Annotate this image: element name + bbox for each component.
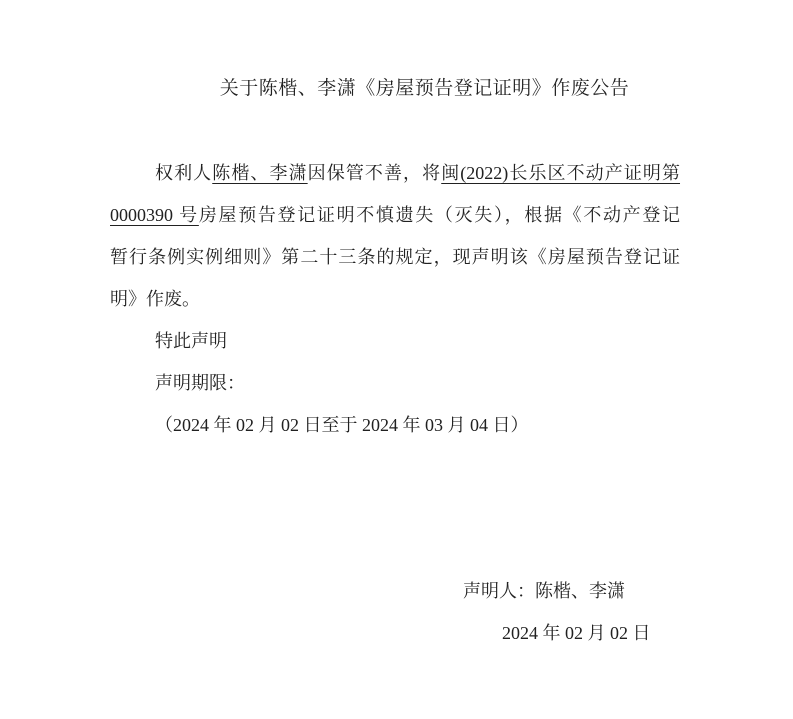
text-run: 明》作废。 bbox=[110, 289, 200, 309]
text-run: 房屋预告登记证明不慎遗失（灭失），根据《不动产登记 bbox=[199, 205, 680, 225]
text-run: 暂行条例实例细则》第二十三条的规定，现声明该《房屋预告登记证 bbox=[110, 247, 680, 267]
body-line-2: 0000390 号房屋预告登记证明不慎遗失（灭失），根据《不动产登记 bbox=[110, 194, 680, 236]
declaration-period-label: 声明期限： bbox=[110, 362, 680, 404]
declarant-names: 陈楷、李潇 bbox=[535, 581, 625, 601]
declaration-period-value: （2024 年 02 月 02 日至于 2024 年 03 月 04 日） bbox=[110, 404, 680, 446]
notice-body: 权利人陈楷、李潇因保管不善，将闽(2022)长乐区不动产证明第 0000390 … bbox=[110, 152, 680, 446]
body-line-3: 暂行条例实例细则》第二十三条的规定，现声明该《房屋预告登记证 bbox=[110, 236, 680, 278]
declarant-signature-line: 声明人：陈楷、李潇 bbox=[463, 570, 625, 612]
underlined-text-run: 陈楷、李潇 bbox=[212, 163, 307, 183]
text-run: 权利人 bbox=[155, 163, 212, 183]
body-line-4: 明》作废。 bbox=[110, 278, 680, 320]
hereby-statement-line: 特此声明 bbox=[110, 320, 680, 362]
declarant-label: 声明人： bbox=[463, 581, 535, 601]
body-line-1: 权利人陈楷、李潇因保管不善，将闽(2022)长乐区不动产证明第 bbox=[110, 152, 680, 194]
signature-date: 2024 年 02 月 02 日 bbox=[502, 612, 651, 654]
notice-title: 关于陈楷、李潇《房屋预告登记证明》作废公告 bbox=[0, 68, 793, 110]
notice-document-page: 关于陈楷、李潇《房屋预告登记证明》作废公告 权利人陈楷、李潇因保管不善，将闽(2… bbox=[0, 0, 793, 719]
text-run: 因保管不善，将 bbox=[308, 163, 442, 183]
underlined-text-run: 0000390 号 bbox=[110, 205, 199, 225]
underlined-text-run: 闽(2022)长乐区不动产证明第 bbox=[441, 163, 680, 183]
